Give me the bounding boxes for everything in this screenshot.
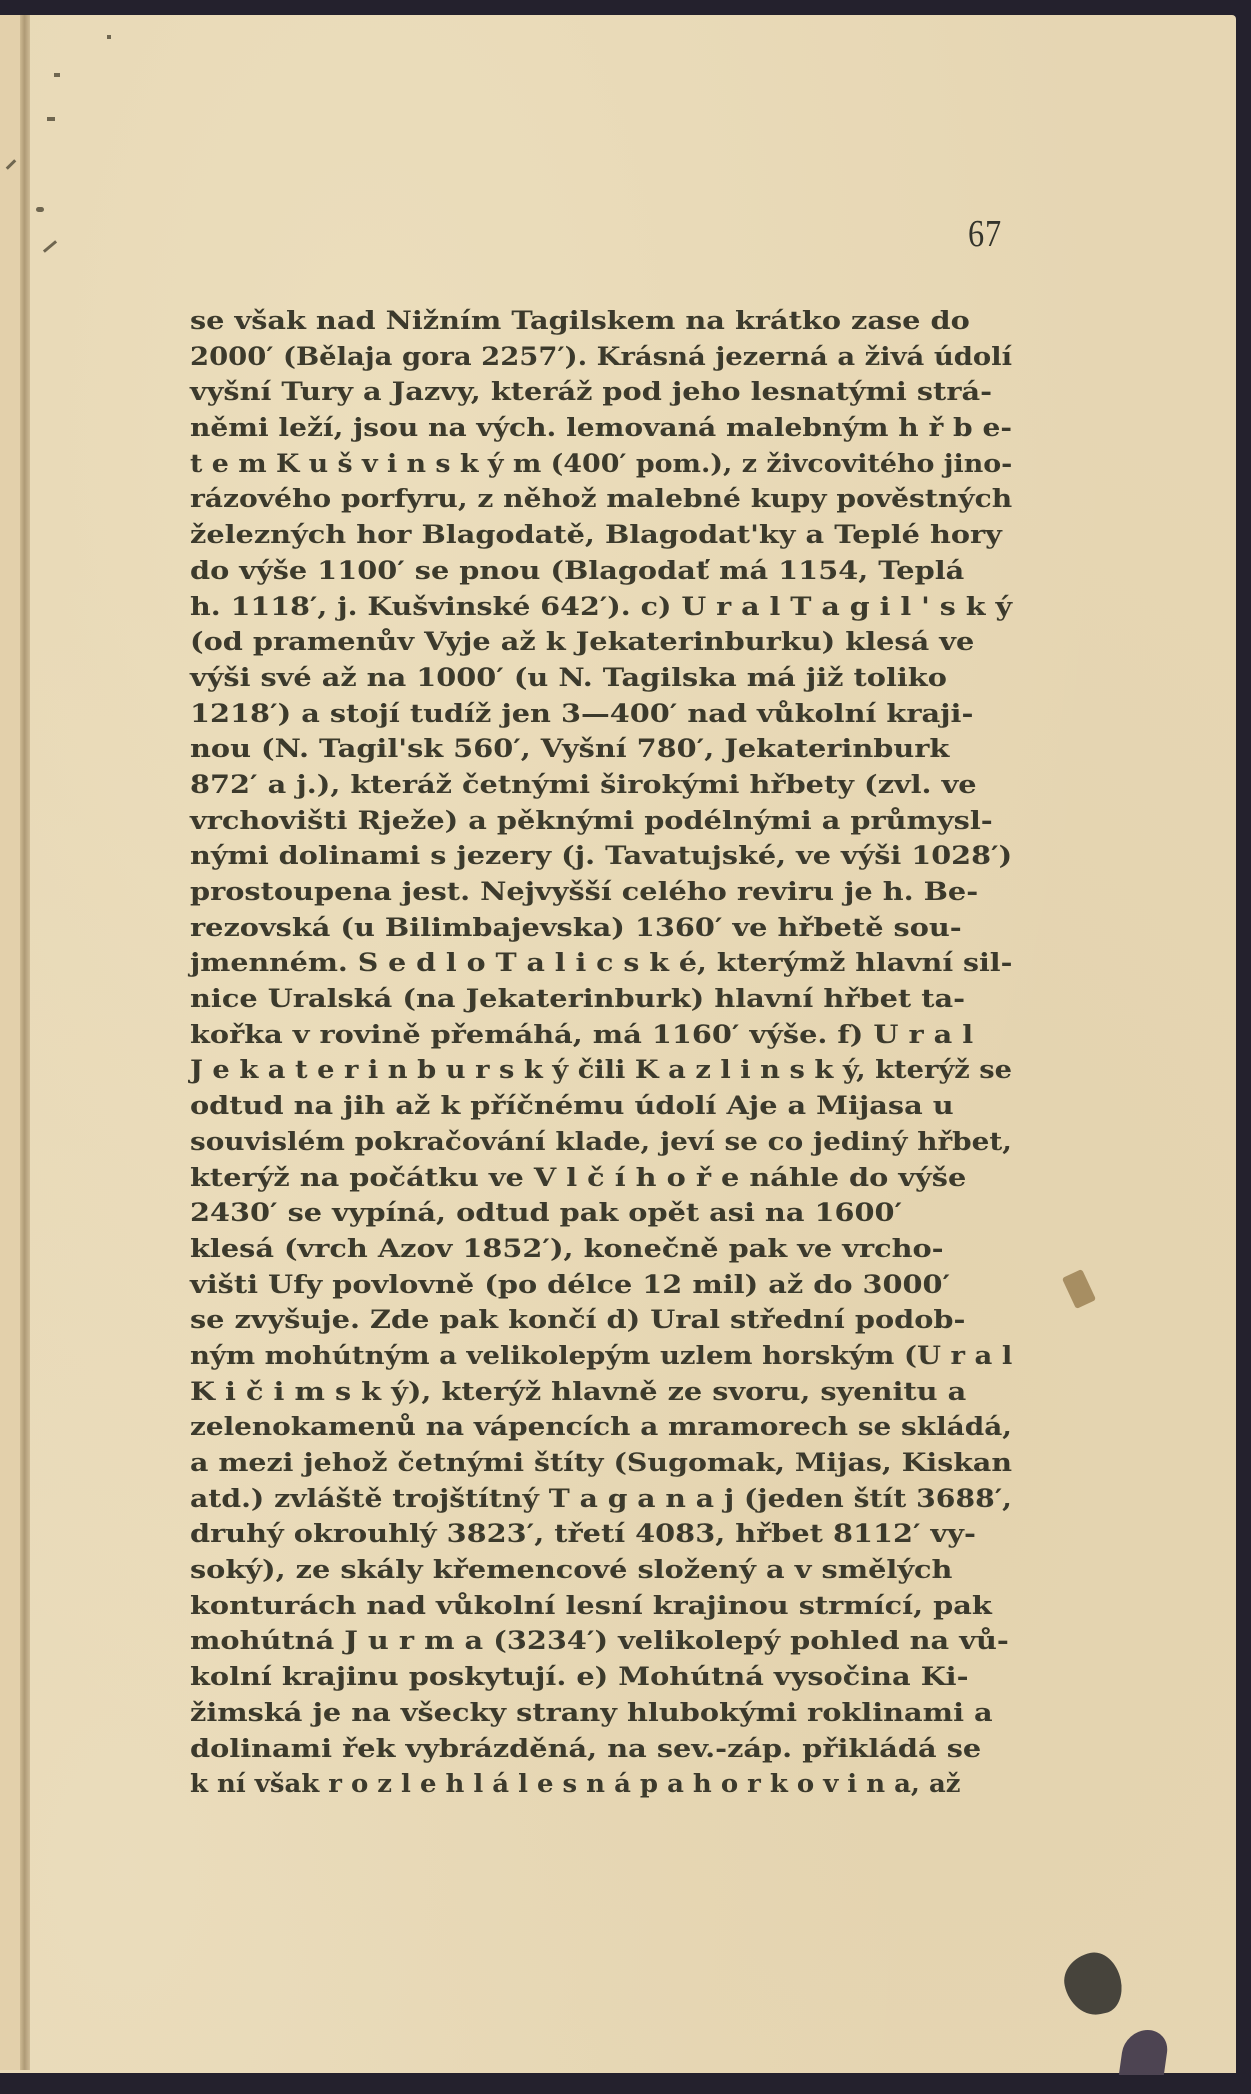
text-line: a mezi jehož četnými štíty (Sugomak, Mij… [190,1445,1012,1481]
text-line: nice Uralská (na Jekaterinburk) hlavní h… [190,981,965,1017]
text-line: vrchovišti Rježe) a pěknými podélnými a … [190,803,993,839]
page-number: 67 [968,212,1002,256]
text-line: němi leží, jsou na vých. lemovaná malebn… [190,410,1012,446]
text-line: 1218′) a stojí tudíž jen 3—400′ nad vůko… [190,696,973,732]
stroke-mark [36,207,44,212]
speck-mark [54,73,60,77]
speck-mark [47,117,55,121]
text-line: nou (N. Tagil'sk 560′, Vyšní 780′, Jekat… [190,731,949,767]
text-line: do výše 1100′ se pnou (Blagodať má 1154,… [190,553,964,589]
text-line: kterýž na počátku ve V l č í h o ř e náh… [190,1160,966,1196]
binding-edge [20,15,30,2070]
text-line: prostoupena jest. Nejvyšší celého reviru… [190,874,978,910]
text-line: ným mohútným a velikolepým uzlem horským… [190,1338,1012,1374]
text-line: výši své až na 1000′ (u N. Tagilska má j… [190,660,947,696]
text-line: jmenném. S e d l o T a l i c s k é, kter… [190,945,1012,981]
text-line: rezovská (u Bilimbajevska) 1360′ ve hřbe… [190,910,962,946]
text-line: k ní však r o z l e h l á l e s n á p a … [190,1766,960,1802]
text-line: rázového porfyru, z něhož malebné kupy p… [190,481,1012,517]
speck-mark [107,35,111,39]
text-line: višti Ufy povlovně (po délce 12 mil) až … [190,1267,950,1303]
text-line: atd.) zvláště trojštítný T a g a n a j (… [190,1481,1012,1517]
text-line: klesá (vrch Azov 1852′), konečně pak ve … [190,1231,943,1267]
body-text: se však nad Nižním Tagilskem na krátko z… [190,303,1012,1802]
page-gutter [0,15,20,2070]
text-line: se však nad Nižním Tagilskem na krátko z… [190,303,970,339]
text-line: žimská je na všecky strany hlubokými rok… [190,1695,993,1731]
text-line: mohútná J u r m a (3234′) velikolepý poh… [190,1623,1009,1659]
text-line: 2430′ se vypíná, odtud pak opět asi na 1… [190,1195,902,1231]
text-line: konturách nad vůkolní lesní krajinou str… [190,1588,992,1624]
text-line: zelenokamenů na vápencích a mramorech se… [190,1409,1012,1445]
text-line: 872′ a j.), kteráž četnými širokými hřbe… [190,767,977,803]
text-line: dolinami řek vybrázděná, na sev.-záp. př… [190,1731,981,1767]
text-line: kolní krajinu poskytují. e) Mohútná vyso… [190,1659,969,1695]
text-line: (od pramenův Vyje až k Jekaterinburku) k… [190,624,974,660]
text-line: vyšní Tury a Jazvy, kteráž pod jeho lesn… [190,374,992,410]
text-line: soký), ze skály křemencové složený a v s… [190,1552,952,1588]
text-line: souvislém pokračování klade, jeví se co … [190,1124,1012,1160]
text-line: železných hor Blagodatě, Blagodat'ky a T… [190,517,1002,553]
text-line: kořka v rovině přemáhá, má 1160′ výše. f… [190,1017,973,1053]
text-line: nými dolinami s jezery (j. Tavatujské, v… [190,838,1012,874]
text-line: druhý okrouhlý 3823′, třetí 4083, hřbet … [190,1516,975,1552]
text-line: 2000′ (Bělaja gora 2257′). Krásná jezern… [190,339,1012,375]
text-line: t e m K u š v i n s k ý m (400′ pom.), z… [190,446,1012,482]
text-line: odtud na jih až k příčnému údolí Aje a M… [190,1088,954,1124]
text-line: J e k a t e r i n b u r s k ý čili K a z… [190,1052,1012,1088]
text-line: K i č i m s k ý), kterýž hlavně ze svoru… [190,1374,966,1410]
text-line: h. 1118′, j. Kušvinské 642′). c) U r a l… [190,589,1012,625]
text-line: se zvyšuje. Zde pak končí d) Ural středn… [190,1302,965,1338]
